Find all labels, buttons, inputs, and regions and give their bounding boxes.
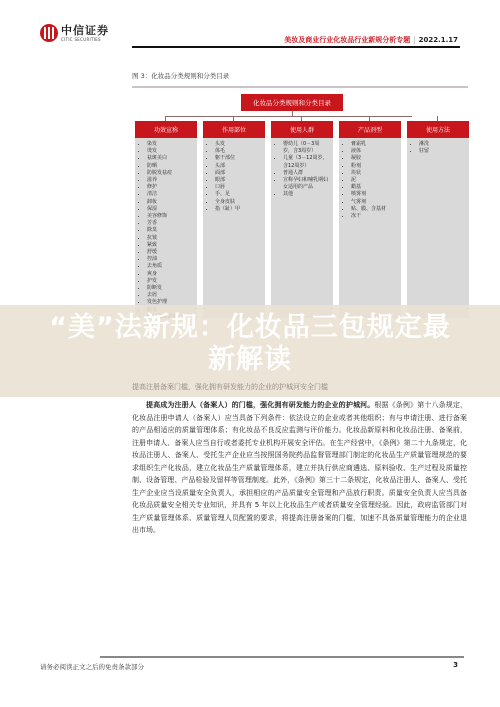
paragraph-lead: 提高成为注册人（备案人）的门槛，强化拥有研发能力的企业的护城河。 bbox=[146, 401, 374, 409]
category-item: 指（趾）甲 bbox=[215, 206, 261, 213]
diagram-root-node: 化妆品分类规则和分类目录 bbox=[241, 94, 343, 111]
footer-disclaimer: 请务必阅读正文之后的免责条款部分 bbox=[40, 662, 144, 671]
category-column-usage-method: 使用方法 淋洗驻留 bbox=[407, 116, 469, 318]
caption-rule bbox=[132, 86, 468, 88]
category-header: 功效宣称 bbox=[135, 121, 197, 138]
category-column-dosage-form: 产品剂型 膏霜乳液体凝胶粉剂块状泥蜡基喷雾剂气雾剂贴、膜、含基材冻干 bbox=[339, 116, 401, 318]
category-item: 块状 bbox=[351, 170, 397, 177]
report-title: 美妆及商业行业化妆品行业新规分析专题 bbox=[284, 35, 410, 45]
report-header: 美妆及商业行业化妆品行业新规分析专题 | 2022.1.17 bbox=[284, 35, 458, 45]
category-item: 爽身 bbox=[147, 271, 193, 278]
category-item: 气雾剂 bbox=[351, 199, 397, 206]
category-item: 喷雾剂 bbox=[351, 191, 397, 198]
header-separator: | bbox=[413, 36, 415, 44]
category-item: 抗皱 bbox=[147, 235, 193, 242]
category-item: 去角质 bbox=[147, 263, 193, 270]
category-item: 普通人群 bbox=[283, 170, 329, 177]
category-item: 儿童（3－12周岁，含12周岁） bbox=[283, 155, 329, 169]
citic-logo-icon bbox=[40, 24, 58, 42]
category-header: 产品剂型 bbox=[339, 121, 401, 138]
page-number: 3 bbox=[453, 661, 458, 669]
category-column-efficacy: 功效宣称 染发烫发祛斑美白防晒防脱发祛痘滋养修护清洁卸妆保湿美容修饰芳香除臭抗皱… bbox=[135, 116, 197, 318]
category-header: 使用人群 bbox=[271, 121, 333, 138]
category-item: 躯干部位 bbox=[215, 155, 261, 162]
category-header: 作用部位 bbox=[203, 121, 265, 138]
category-item: 手、足 bbox=[215, 191, 261, 198]
category-items: 头发体毛躯干部位头部面部眼部口唇手、足全身皮肤指（趾）甲 bbox=[207, 141, 261, 213]
category-item: 除臭 bbox=[147, 227, 193, 234]
category-column-user-group: 使用人群 婴幼儿（0－3周岁，含3周岁）儿童（3－12周岁，含12周岁）普通人群… bbox=[271, 116, 333, 318]
category-item: 驻留 bbox=[419, 148, 465, 155]
category-header: 使用方法 bbox=[407, 121, 469, 138]
overlay-title: “美”法新规：化妆品三包规定最新解读 bbox=[40, 312, 460, 376]
category-item: 清洁 bbox=[147, 191, 193, 198]
category-item: 防脱发祛痘 bbox=[147, 170, 193, 177]
category-item: 全身皮肤 bbox=[215, 199, 261, 206]
category-item: 防晒 bbox=[147, 163, 193, 170]
category-item: 粉剂 bbox=[351, 163, 397, 170]
category-item: 保湿 bbox=[147, 206, 193, 213]
category-item: 紧致 bbox=[147, 242, 193, 249]
logo-en-text: CITIC SECURITIES bbox=[61, 38, 109, 42]
category-item: 凝胶 bbox=[351, 155, 397, 162]
header-rule bbox=[132, 46, 460, 48]
paragraph-text: 根据《条例》第十八条规定，化妆品注册申请人（备案人）应当具备下列条件：依法设立的… bbox=[132, 401, 467, 534]
faded-subheading: 提高注册备案门槛，强化拥有研发能力的企业的护城河安全门槛 bbox=[132, 382, 328, 392]
report-date: 2022.1.17 bbox=[419, 36, 458, 44]
footer-rule bbox=[100, 656, 464, 658]
category-item: 头部 bbox=[215, 163, 261, 170]
category-item: 婴幼儿（0－3周岁，含3周岁） bbox=[283, 141, 329, 155]
category-items: 淋洗驻留 bbox=[411, 141, 465, 155]
category-item: 护发 bbox=[147, 278, 193, 285]
category-item: 其他 bbox=[283, 191, 329, 198]
category-items: 膏霜乳液体凝胶粉剂块状泥蜡基喷雾剂气雾剂贴、膜、含基材冻干 bbox=[343, 141, 397, 220]
category-item: 宣称孕妇和哺乳期妇女适用的产品 bbox=[283, 177, 329, 191]
logo-cn-text: 中信证券 bbox=[61, 25, 109, 36]
figure-caption: 图 3：化妆品分类规则和分类目录 bbox=[132, 71, 229, 80]
category-items: 染发烫发祛斑美白防晒防脱发祛痘滋养修护清洁卸妆保湿美容修饰芳香除臭抗皱紧致舒缓控… bbox=[139, 141, 193, 321]
body-paragraph: 提高成为注册人（备案人）的门槛，强化拥有研发能力的企业的护城河。根据《条例》第十… bbox=[132, 399, 467, 537]
category-item: 贴、膜、含基材 bbox=[351, 206, 397, 213]
citic-logo: 中信证券 CITIC SECURITIES bbox=[40, 24, 109, 42]
category-items: 婴幼儿（0－3周岁，含3周岁）儿童（3－12周岁，含12周岁）普通人群宣称孕妇和… bbox=[275, 141, 329, 199]
category-item: 卸妆 bbox=[147, 199, 193, 206]
category-column-body-part: 作用部位 头发体毛躯干部位头部面部眼部口唇手、足全身皮肤指（趾）甲 bbox=[203, 116, 265, 318]
category-item: 冻干 bbox=[351, 213, 397, 220]
category-item: 面部 bbox=[215, 170, 261, 177]
category-item: 祛斑美白 bbox=[147, 155, 193, 162]
